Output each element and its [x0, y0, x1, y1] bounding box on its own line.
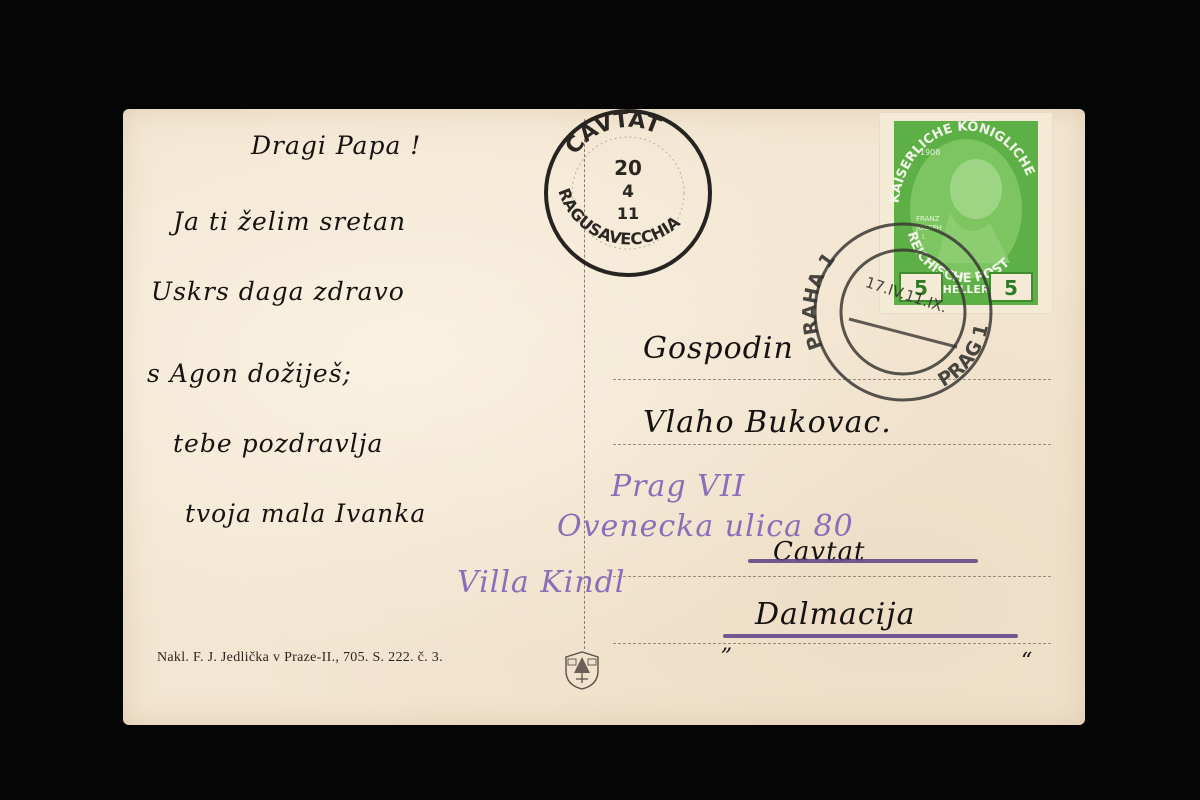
- postmark-cavtat: CAVTAT RAGUSAVECCHIA 20 4 11: [536, 109, 722, 287]
- svg-text:17.IV.11.IX.: 17.IV.11.IX.: [863, 273, 949, 316]
- address-line-2: [613, 444, 1051, 445]
- svg-text:PRAG 1: PRAG 1: [934, 322, 993, 392]
- forwarding-line: Ovenecka ulica 80: [557, 509, 854, 544]
- svg-text:PRAHA 1: PRAHA 1: [799, 249, 840, 353]
- message-line: Ja ti želim sretan: [173, 207, 406, 236]
- message-line: tebe pozdravlja: [173, 429, 383, 458]
- address-line-3: [613, 576, 1051, 577]
- strikethrough-city: [748, 559, 978, 563]
- quote-close: “: [1021, 649, 1033, 674]
- svg-text:5: 5: [1004, 276, 1018, 300]
- postmark-praha: PRAHA 1 PRAG 1 17.IV.11.IX.: [793, 207, 1003, 417]
- svg-text:11: 11: [617, 204, 639, 223]
- address-recipient-title: Gospodin: [643, 331, 794, 366]
- postcard: Dragi Papa ! Ja ti želim sretan Uskrs da…: [123, 109, 1085, 725]
- svg-text:1908: 1908: [920, 148, 940, 157]
- message-line: tvoja mala Ivanka: [185, 499, 426, 528]
- svg-text:20: 20: [614, 156, 642, 180]
- forwarding-line: Villa Kindl: [457, 565, 625, 600]
- message-line: Uskrs daga zdravo: [151, 277, 405, 306]
- address-region: Dalmacija: [755, 597, 915, 632]
- svg-text:CAVTAT: CAVTAT: [561, 109, 664, 159]
- strikethrough-region: [723, 634, 1018, 638]
- forwarding-line: Prag VII: [611, 469, 746, 504]
- svg-text:4: 4: [622, 182, 634, 202]
- message-line: Dragi Papa !: [251, 131, 421, 160]
- message-line: s Agon dožiješ;: [147, 359, 352, 388]
- address-line-4: [613, 643, 1051, 644]
- publisher-logo-icon: [562, 649, 602, 691]
- publisher-imprint: Nakl. F. J. Jedlička v Praze-II., 705. S…: [157, 650, 443, 666]
